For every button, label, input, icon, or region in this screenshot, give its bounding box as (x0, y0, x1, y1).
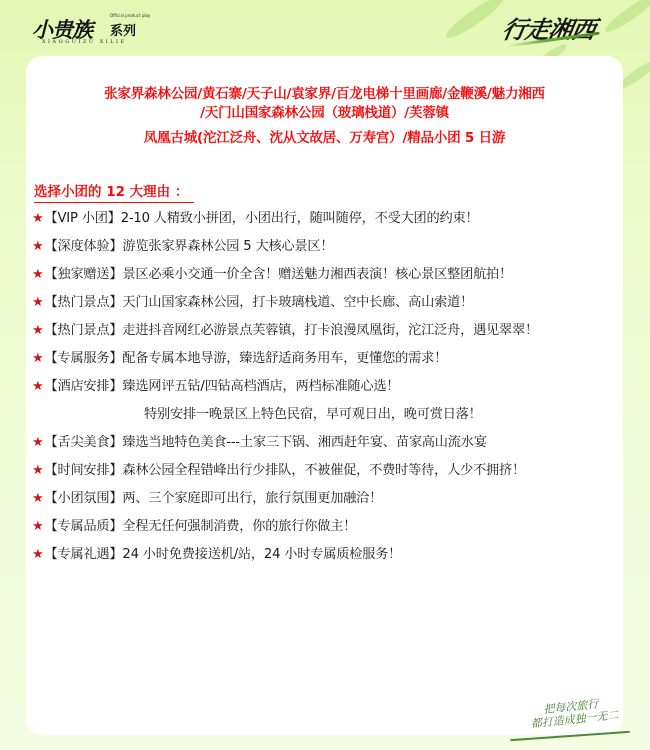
reason-item: ★【专属服务】配备专属本地导游，臻选舒适商务用车，更懂您的需求！ (32, 347, 447, 366)
route-line-1: 张家界森林公园/黄石寨/天子山/袁家界/百龙电梯十里画廊/金鞭溪/魅力湘西 (26, 82, 623, 102)
star-icon: ★ (32, 211, 43, 226)
reason-item: ★【热门景点】天门山国家森林公园，打卡玻璃栈道、空中长廊、高山索道！ (32, 291, 473, 310)
reason-tag: 【酒店安排】 (44, 379, 122, 394)
content-card: 张家界森林公园/黄石寨/天子山/袁家界/百龙电梯十里画廊/金鞭溪/魅力湘西 /天… (26, 56, 623, 735)
reason-item: ★【深度体验】游览张家界森林公园 5 大核心景区！ (32, 235, 333, 254)
reason-item: ★【专属礼遇】24 小时免费接送机/站，24 小时专属质检服务！ (32, 543, 401, 562)
reasons-heading: 选择小团的 12 大理由 ： (34, 180, 194, 203)
reason-text: 2-10 人精致小拼团，小团出行，随叫随停，不受大团的约束！ (121, 211, 479, 226)
bamboo-leaf-decoration (602, 0, 650, 36)
reason-tag: 【热门景点】 (44, 295, 122, 310)
brand-logo: 小贵族 Official product play 系列 XIAOGUIZU X… (30, 14, 160, 46)
star-icon: ★ (32, 323, 43, 338)
star-icon: ★ (32, 519, 43, 534)
reason-tag: 【独家赠送】 (44, 267, 122, 282)
reason-item: ★【时间安排】森林公园全程错峰出行少排队，不被催促，不费时等待，人少不拥挤！ (32, 459, 525, 478)
reason-item: ★【小团氛围】两、三个家庭即可出行，旅行氛围更加融洽！ (32, 487, 382, 506)
reason-item: ★【热门景点】走进抖音网红必游景点芙蓉镇，打卡浪漫凤凰街，沱江泛舟，遇见翠翠！ (32, 319, 538, 338)
star-icon: ★ (32, 351, 43, 366)
reason-text: 游览张家界森林公园 5 大核心景区！ (122, 239, 333, 254)
star-icon: ★ (32, 463, 43, 478)
reason-text: 天门山国家森林公园，打卡玻璃栈道、空中长廊、高山索道！ (122, 295, 473, 310)
reason-text: 两、三个家庭即可出行，旅行氛围更加融洽！ (122, 491, 382, 506)
reason-tag: 【小团氛围】 (44, 491, 122, 506)
reason-tag: 【专属服务】 (44, 351, 122, 366)
reason-text: 森林公园全程错峰出行少排队，不被催促，不费时等待，人少不拥挤！ (122, 463, 525, 478)
reason-item: ★【舌尖美食】臻选当地特色美食---土家三下锅、湘西赶年宴、苗家高山流水宴 (32, 431, 487, 450)
route-line-2: /天门山国家森林公园（玻璃栈道）/芙蓉镇 (26, 101, 623, 121)
star-icon: ★ (32, 379, 43, 394)
star-icon: ★ (32, 491, 43, 506)
reason-text: 全程无任何强制消费，你的旅行你做主！ (122, 519, 356, 534)
reason-text: 景区必乘小交通一价全含！赠送魅力湘西表演！核心景区整团航拍！ (122, 267, 512, 282)
reason-tag: 【深度体验】 (44, 239, 122, 254)
reason-tag: 【时间安排】 (44, 463, 122, 478)
reason-text: 臻选当地特色美食---土家三下锅、湘西赶年宴、苗家高山流水宴 (122, 435, 486, 450)
reason-tag: 【专属品质】 (44, 519, 122, 534)
star-icon: ★ (32, 295, 43, 310)
star-icon: ★ (32, 547, 43, 562)
reason-tag: 【舌尖美食】 (44, 435, 122, 450)
reason-tag: 【VIP 小团】 (44, 211, 120, 226)
star-icon: ★ (32, 267, 43, 282)
reason-item: ★【专属品质】全程无任何强制消费，你的旅行你做主！ (32, 515, 356, 534)
route-line-3: 凤凰古城(沱江泛舟、沈从文故居、万寿宫）/精品小团 5 日游 (26, 126, 623, 146)
logo-tagline: Official product play (110, 13, 150, 18)
reason-item: ★【VIP 小团】2-10 人精致小拼团，小团出行，随叫随停，不受大团的约束！ (32, 207, 479, 226)
star-icon: ★ (32, 435, 43, 450)
star-icon: ★ (32, 239, 43, 254)
reason-text: 配备专属本地导游，臻选舒适商务用车，更懂您的需求！ (122, 351, 447, 366)
logo-series-text: 系列 (110, 20, 136, 39)
reason-tag: 【热门景点】 (44, 323, 122, 338)
reason-text: 24 小时免费接送机/站，24 小时专属质检服务！ (122, 547, 401, 562)
reason-text: 走进抖音网红必游景点芙蓉镇，打卡浪漫凤凰街，沱江泛舟，遇见翠翠！ (122, 323, 538, 338)
reason-continuation: 特别安排一晚景区上特色民宿，早可观日出，晚可赏日落！ (144, 403, 482, 422)
bamboo-leaf-decoration (442, 0, 507, 43)
reason-tag: 【专属礼遇】 (44, 547, 122, 562)
reason-item: ★【酒店安排】臻选网评五钻/四钻高档酒店，两档标准随心选！ (32, 375, 399, 394)
logo-romanized: XIAOGUIZU XILIE (42, 39, 127, 45)
reason-text: 臻选网评五钻/四钻高档酒店，两档标准随心选！ (122, 379, 399, 394)
reason-item: ★【独家赠送】景区必乘小交通一价全含！赠送魅力湘西表演！核心景区整团航拍！ (32, 263, 512, 282)
